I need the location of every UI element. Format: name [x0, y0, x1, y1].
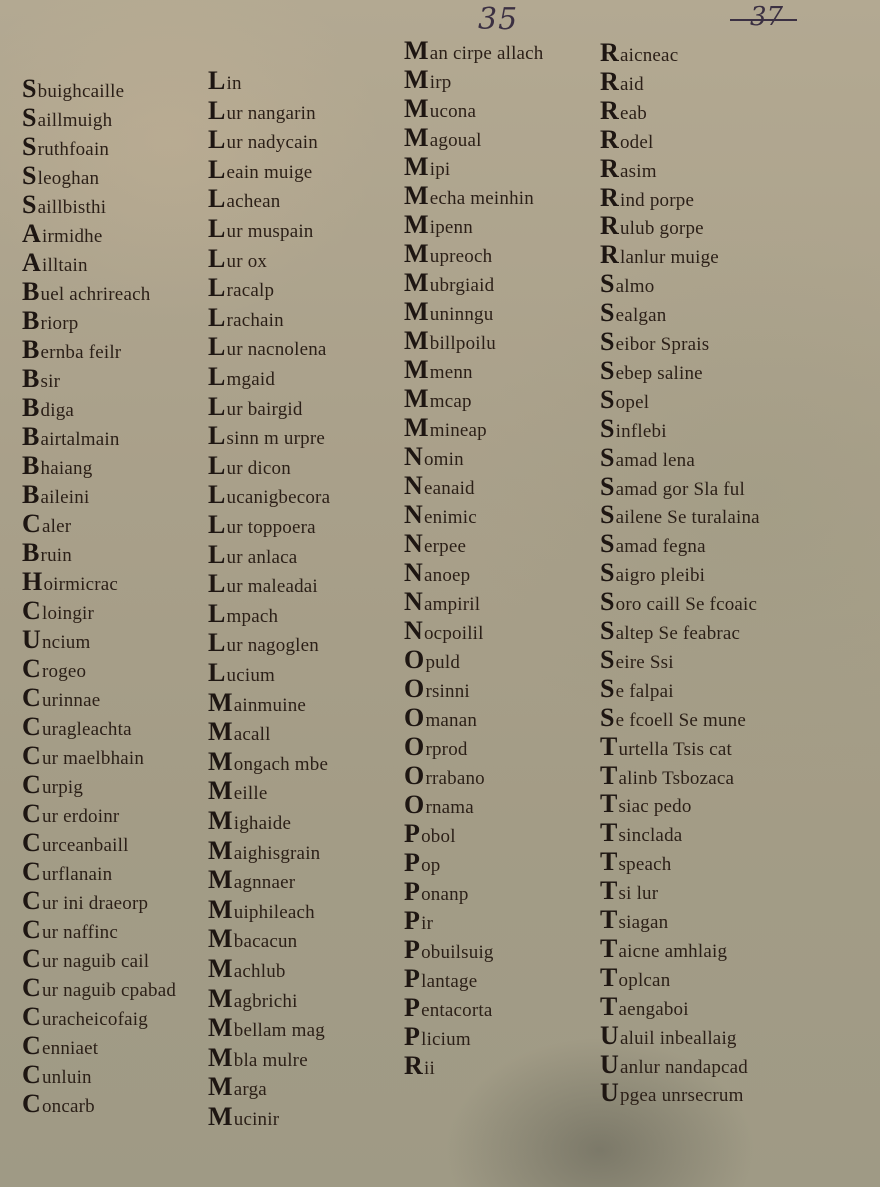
entry-text: uiphileach: [234, 902, 315, 923]
place-name-entry: Lur nangarin: [208, 100, 316, 125]
place-name-entry: Ornama: [404, 794, 474, 819]
entry-text: diga: [41, 400, 75, 421]
entry-text: puld: [425, 652, 460, 673]
entry-initial-letter: O: [404, 761, 424, 790]
entry-initial-letter: M: [208, 1072, 233, 1101]
entry-initial-letter: M: [208, 717, 233, 746]
entry-text: op: [421, 855, 440, 876]
entry-text: racalp: [227, 280, 275, 301]
entry-initial-letter: L: [208, 184, 226, 213]
entry-text: eille: [234, 783, 268, 804]
entry-initial-letter: L: [208, 599, 226, 628]
entry-initial-letter: C: [22, 799, 41, 828]
entry-text: anlur nandapcad: [620, 1057, 748, 1078]
entry-text: urpig: [42, 777, 83, 798]
entry-text: ongach mbe: [234, 754, 328, 775]
entry-text: ucium: [227, 665, 276, 686]
entry-text: asim: [620, 161, 657, 182]
entry-initial-letter: M: [208, 924, 233, 953]
place-name-entry: Plicium: [404, 1026, 471, 1051]
entry-initial-letter: S: [22, 132, 37, 161]
entry-initial-letter: A: [22, 248, 41, 277]
place-name-entry: Ponanp: [404, 881, 469, 906]
place-name-entry: Seibor Sprais: [600, 331, 709, 356]
entry-text: ocpoilil: [424, 623, 484, 644]
place-name-entry: Saillbisthi: [22, 194, 106, 219]
entry-initial-letter: M: [208, 1102, 233, 1131]
entry-text: airtalmain: [41, 429, 120, 450]
entry-text: aillmuigh: [38, 110, 113, 131]
place-name-entry: Saillmuigh: [22, 107, 112, 132]
entry-initial-letter: S: [600, 472, 615, 501]
entry-text: eab: [620, 103, 647, 124]
entry-text: ur bairgid: [227, 399, 303, 420]
place-name-entry: Rasim: [600, 158, 657, 183]
entry-text: ubrgiaid: [430, 275, 495, 296]
place-name-entry: Lur nacnolena: [208, 336, 327, 361]
entry-text: amad lena: [616, 450, 695, 471]
entry-initial-letter: T: [600, 818, 618, 847]
entry-text: ur naffinc: [42, 922, 118, 943]
entry-initial-letter: U: [600, 1050, 619, 1079]
entry-initial-letter: R: [600, 154, 619, 183]
entry-text: mineap: [430, 420, 487, 441]
entry-initial-letter: M: [404, 297, 429, 326]
entry-text: buighcaille: [38, 81, 125, 102]
entry-initial-letter: T: [600, 732, 618, 761]
place-name-entry: Meille: [208, 780, 267, 805]
place-name-entry: Lur toppoera: [208, 514, 316, 539]
place-name-entry: Rodel: [600, 129, 654, 154]
entry-initial-letter: R: [600, 96, 619, 125]
place-name-entry: Sleoghan: [22, 165, 99, 190]
place-name-entry: Buel achrireach: [22, 281, 150, 306]
place-name-entry: Nanoep: [404, 562, 470, 587]
struck-old-folio-number: 37: [750, 2, 783, 32]
entry-text: erpee: [424, 536, 466, 557]
place-name-entry: Mipi: [404, 156, 450, 181]
entry-initial-letter: M: [208, 1043, 233, 1072]
place-name-entry: Nampiril: [404, 591, 480, 616]
entry-text: omin: [424, 449, 464, 470]
entry-initial-letter: P: [404, 993, 420, 1022]
place-name-entry: Maighisgrain: [208, 840, 320, 865]
entry-initial-letter: B: [22, 364, 40, 393]
place-name-entry: Taicne amhlaig: [600, 938, 727, 963]
place-name-entry: Sailene Se turalaina: [600, 504, 760, 529]
entry-initial-letter: N: [404, 558, 423, 587]
place-name-entry: Cur naffinc: [22, 919, 118, 944]
entry-text: ulub gorpe: [620, 218, 704, 239]
entry-initial-letter: O: [404, 703, 424, 732]
place-name-entry: Se fcoell Se mune: [600, 707, 746, 732]
entry-text: ur ini draeorp: [42, 893, 148, 914]
entry-text: urflanain: [42, 864, 112, 885]
entry-initial-letter: C: [22, 1002, 41, 1031]
entry-initial-letter: S: [22, 190, 37, 219]
place-name-entry: Toplcan: [600, 967, 670, 992]
place-name-entry: Sbuighcaille: [22, 78, 124, 103]
entry-initial-letter: B: [22, 422, 40, 451]
entry-initial-letter: T: [600, 789, 618, 818]
entry-initial-letter: O: [404, 732, 424, 761]
entry-text: ncium: [42, 632, 91, 653]
place-name-entry: Saigro pleibi: [600, 562, 705, 587]
place-name-entry: Seire Ssi: [600, 649, 674, 674]
entry-initial-letter: C: [22, 509, 41, 538]
place-name-entry: Nomin: [404, 446, 464, 471]
entry-initial-letter: C: [22, 915, 41, 944]
place-name-entry: Pentacorta: [404, 997, 493, 1022]
entry-initial-letter: O: [404, 674, 424, 703]
entry-text: ucinir: [234, 1109, 280, 1130]
entry-text: leoghan: [38, 168, 100, 189]
entry-text: ur nangarin: [227, 103, 316, 124]
entry-initial-letter: M: [404, 268, 429, 297]
place-name-entry: Orrabano: [404, 765, 485, 790]
place-name-entry: Samad lena: [600, 447, 695, 472]
entry-text: e falpai: [616, 681, 674, 702]
entry-initial-letter: L: [208, 125, 226, 154]
place-name-entry: Orprod: [404, 736, 468, 761]
entry-initial-letter: M: [404, 65, 429, 94]
place-name-entry: Saltep Se feabrac: [600, 620, 740, 645]
place-name-entry: Samad fegna: [600, 533, 706, 558]
place-name-entry: Plantage: [404, 968, 477, 993]
entry-text: ailene Se turalaina: [616, 507, 760, 528]
place-name-entry: Tsiac pedo: [600, 793, 692, 818]
entry-initial-letter: M: [208, 865, 233, 894]
entry-text: anoep: [424, 565, 470, 586]
entry-text: acall: [234, 724, 271, 745]
place-name-entry: Curceanbaill: [22, 832, 129, 857]
place-name-entry: Lachean: [208, 188, 280, 213]
entry-initial-letter: N: [404, 616, 423, 645]
entry-text: uracheicofaig: [42, 1009, 148, 1030]
place-name-entry: Uncium: [22, 629, 90, 654]
entry-initial-letter: C: [22, 857, 41, 886]
place-name-entry: Cloingir: [22, 600, 94, 625]
entry-initial-letter: L: [208, 658, 226, 687]
entry-text: sinn m urpre: [227, 428, 325, 449]
entry-initial-letter: N: [404, 500, 423, 529]
entry-text: ur nagoglen: [227, 635, 319, 656]
entry-initial-letter: R: [600, 38, 619, 67]
place-name-entry: Cur erdoinr: [22, 803, 119, 828]
entry-text: mpach: [227, 606, 279, 627]
place-name-entry: Se falpai: [600, 678, 674, 703]
entry-initial-letter: M: [208, 776, 233, 805]
entry-text: aengaboi: [619, 999, 689, 1020]
place-name-entry: Pop: [404, 852, 441, 877]
entry-text: aigro pleibi: [616, 565, 705, 586]
entry-text: achlub: [234, 961, 286, 982]
entry-initial-letter: L: [208, 244, 226, 273]
entry-initial-letter: R: [600, 125, 619, 154]
entry-initial-letter: B: [22, 538, 40, 567]
entry-initial-letter: B: [22, 277, 40, 306]
entry-initial-letter: T: [600, 876, 618, 905]
entry-text: unluin: [42, 1067, 92, 1088]
entry-initial-letter: T: [600, 847, 618, 876]
place-name-entry: Lur muspain: [208, 218, 314, 243]
entry-initial-letter: M: [404, 384, 429, 413]
place-name-entry: Sealgan: [600, 302, 666, 327]
entry-initial-letter: M: [404, 413, 429, 442]
entry-initial-letter: L: [208, 451, 226, 480]
entry-text: urinnae: [42, 690, 100, 711]
entry-initial-letter: M: [208, 954, 233, 983]
folio-number: 35: [478, 2, 518, 37]
place-name-entry: Man cirpe allach: [404, 40, 544, 65]
entry-text: ucanigbecora: [227, 487, 331, 508]
place-name-entry: Curagleachta: [22, 716, 132, 741]
place-name-entry: Nenimic: [404, 504, 477, 529]
entry-initial-letter: S: [600, 587, 615, 616]
place-name-entry: Bhaiang: [22, 455, 92, 480]
entry-initial-letter: S: [600, 674, 615, 703]
entry-initial-letter: P: [404, 819, 420, 848]
entry-text: echa meinhin: [430, 188, 534, 209]
entry-text: amad fegna: [616, 536, 706, 557]
place-name-entry: Lur maleadai: [208, 573, 318, 598]
entry-text: aileini: [41, 487, 90, 508]
entry-initial-letter: R: [600, 211, 619, 240]
entry-text: ruthfoain: [38, 139, 109, 160]
entry-text: an cirpe allach: [430, 43, 544, 64]
entry-initial-letter: L: [208, 421, 226, 450]
entry-initial-letter: L: [208, 66, 226, 95]
entry-text: in: [227, 73, 242, 94]
entry-text: rogeo: [42, 661, 86, 682]
place-name-entry: Salmo: [600, 273, 654, 298]
place-name-entry: Sopel: [600, 389, 649, 414]
entry-text: opel: [616, 392, 650, 413]
entry-text: ur nadycain: [227, 132, 318, 153]
place-name-entry: Muninngu: [404, 301, 493, 326]
place-name-entry: Mbellam mag: [208, 1017, 325, 1042]
entry-initial-letter: S: [22, 161, 37, 190]
place-name-entry: Cur naguib cpabad: [22, 977, 176, 1002]
entry-text: bacacun: [234, 931, 298, 952]
place-name-entry: Bairtalmain: [22, 426, 120, 451]
entry-initial-letter: B: [22, 393, 40, 422]
entry-text: ur maleadai: [227, 576, 318, 597]
place-name-entry: Nerpee: [404, 533, 466, 558]
entry-initial-letter: M: [208, 895, 233, 924]
place-name-entry: Lucium: [208, 662, 275, 687]
entry-text: mcap: [430, 391, 472, 412]
place-name-entry: Cunluin: [22, 1064, 92, 1089]
place-name-entry: Orsinni: [404, 678, 470, 703]
entry-initial-letter: R: [600, 183, 619, 212]
entry-text: irp: [430, 72, 452, 93]
entry-text: speach: [619, 854, 672, 875]
entry-text: sinclada: [619, 825, 683, 846]
entry-text: arga: [234, 1079, 267, 1100]
place-name-entry: Mmenn: [404, 359, 473, 384]
entry-text: ruin: [41, 545, 72, 566]
entry-initial-letter: A: [22, 219, 41, 248]
place-name-entry: Lucanigbecora: [208, 484, 330, 509]
entry-text: upreoch: [430, 246, 493, 267]
entry-text: oncarb: [42, 1096, 95, 1117]
entry-initial-letter: T: [600, 905, 618, 934]
entry-initial-letter: L: [208, 569, 226, 598]
entry-text: ipenn: [430, 217, 473, 238]
entry-initial-letter: P: [404, 1022, 420, 1051]
entry-initial-letter: S: [600, 269, 615, 298]
entry-initial-letter: L: [208, 214, 226, 243]
place-name-entry: Mupreoch: [404, 243, 492, 268]
entry-initial-letter: M: [404, 355, 429, 384]
entry-initial-letter: U: [22, 625, 41, 654]
entry-text: altep Se feabrac: [616, 623, 741, 644]
entry-text: inflebi: [616, 421, 667, 442]
place-name-entry: Mecha meinhin: [404, 185, 534, 210]
place-name-entry: Bernba feilr: [22, 339, 121, 364]
entry-text: amad gor Sla ful: [616, 479, 745, 500]
manuscript-page: 35 37 SbuighcailleSaillmuighSruthfoainSl…: [0, 0, 880, 1187]
entry-text: loingir: [42, 603, 94, 624]
entry-initial-letter: L: [208, 303, 226, 332]
entry-initial-letter: S: [600, 356, 615, 385]
entry-text: ainmuine: [234, 695, 306, 716]
entry-text: alinb Tsbozaca: [619, 768, 735, 789]
entry-text: almo: [616, 276, 655, 297]
entry-initial-letter: M: [404, 210, 429, 239]
entry-text: billpoilu: [430, 333, 496, 354]
entry-text: rrabano: [425, 768, 484, 789]
entry-text: rachain: [227, 310, 284, 331]
entry-text: riorp: [41, 313, 79, 334]
place-name-entry: Mbacacun: [208, 928, 297, 953]
entry-text: oirmicrac: [43, 574, 118, 595]
place-name-entry: Lur nadycain: [208, 129, 318, 154]
place-name-entry: Lrachain: [208, 307, 284, 332]
entry-initial-letter: S: [600, 500, 615, 529]
place-name-entry: Mighaide: [208, 810, 291, 835]
entry-text: ebep saline: [616, 363, 703, 384]
place-name-entry: Caler: [22, 513, 71, 538]
place-name-entry: Bdiga: [22, 397, 74, 422]
place-name-entry: Mbillpoilu: [404, 330, 496, 355]
place-name-entry: Lur dicon: [208, 455, 291, 480]
entry-initial-letter: C: [22, 683, 41, 712]
entry-initial-letter: C: [22, 828, 41, 857]
entry-initial-letter: T: [600, 934, 618, 963]
entry-initial-letter: O: [404, 790, 424, 819]
entry-text: bellam mag: [234, 1020, 325, 1041]
entry-initial-letter: M: [208, 836, 233, 865]
place-name-entry: Baileini: [22, 484, 89, 509]
entry-initial-letter: M: [404, 326, 429, 355]
entry-text: siagan: [619, 912, 669, 933]
place-name-entry: Lmpach: [208, 603, 278, 628]
entry-text: uninngu: [430, 304, 494, 325]
place-name-entry: Pobuilsuig: [404, 939, 494, 964]
place-name-entry: Tsiagan: [600, 909, 668, 934]
entry-initial-letter: S: [600, 703, 615, 732]
entry-initial-letter: S: [22, 103, 37, 132]
entry-text: eire Ssi: [616, 652, 674, 673]
place-name-entry: Lin: [208, 70, 242, 95]
place-name-entry: Reab: [600, 100, 647, 125]
place-name-entry: Cenniaet: [22, 1035, 98, 1060]
place-name-entry: Mainmuine: [208, 692, 306, 717]
place-name-entry: Bsir: [22, 368, 60, 393]
place-name-entry: Talinb Tsbozaca: [600, 765, 734, 790]
place-name-entry: Bruin: [22, 542, 72, 567]
entry-text: lantage: [421, 971, 477, 992]
entry-initial-letter: C: [22, 654, 41, 683]
entry-initial-letter: P: [404, 964, 420, 993]
entry-initial-letter: L: [208, 480, 226, 509]
entry-initial-letter: S: [600, 529, 615, 558]
place-name-entry: Hoirmicrac: [22, 571, 118, 596]
entry-text: ampiril: [424, 594, 480, 615]
entry-text: aluil inbeallaig: [620, 1028, 737, 1049]
entry-initial-letter: C: [22, 973, 41, 1002]
place-name-entry: Mipenn: [404, 214, 473, 239]
entry-initial-letter: M: [404, 36, 429, 65]
place-name-entry: Rlanlur muige: [600, 244, 719, 269]
entry-initial-letter: M: [404, 94, 429, 123]
place-name-entry: Briorp: [22, 310, 78, 335]
entry-initial-letter: T: [600, 761, 618, 790]
entry-initial-letter: S: [600, 327, 615, 356]
place-name-entry: Mongach mbe: [208, 751, 328, 776]
entry-initial-letter: L: [208, 540, 226, 569]
place-name-entry: Raid: [600, 71, 644, 96]
entry-initial-letter: O: [404, 645, 424, 674]
entry-text: pgea unrsecrum: [620, 1085, 744, 1106]
entry-text: ipi: [430, 159, 451, 180]
entry-text: eibor Sprais: [616, 334, 710, 355]
place-name-entry: Sebep saline: [600, 360, 703, 385]
place-name-entry: Tspeach: [600, 851, 671, 876]
place-name-entry: Cur maelbhain: [22, 745, 144, 770]
place-name-entry: Mucinir: [208, 1106, 279, 1131]
place-name-entry: Soro caill Se fcoaic: [600, 591, 757, 616]
entry-text: ealgan: [616, 305, 667, 326]
place-name-entry: Tsinclada: [600, 822, 682, 847]
entry-text: manan: [425, 710, 477, 731]
entry-initial-letter: P: [404, 877, 420, 906]
place-name-entry: Airmidhe: [22, 223, 102, 248]
place-name-entry: Concarb: [22, 1093, 95, 1118]
entry-initial-letter: M: [208, 747, 233, 776]
entry-text: ucona: [430, 101, 476, 122]
place-name-entry: Cur ini draeorp: [22, 890, 148, 915]
entry-initial-letter: S: [600, 645, 615, 674]
entry-text: aicneac: [620, 45, 678, 66]
entry-text: ii: [424, 1058, 435, 1079]
entry-initial-letter: T: [600, 963, 618, 992]
entry-initial-letter: N: [404, 529, 423, 558]
entry-text: urtella Tsis cat: [619, 739, 732, 760]
entry-initial-letter: L: [208, 155, 226, 184]
place-name-entry: Mmcap: [404, 388, 472, 413]
place-name-entry: Lur bairgid: [208, 396, 303, 421]
entry-text: bla mulre: [234, 1050, 308, 1071]
entry-text: si lur: [619, 883, 659, 904]
place-name-entry: Macall: [208, 721, 271, 746]
entry-initial-letter: U: [600, 1078, 619, 1107]
entry-initial-letter: M: [404, 181, 429, 210]
entry-text: siac pedo: [619, 796, 692, 817]
entry-text: obuilsuig: [421, 942, 494, 963]
